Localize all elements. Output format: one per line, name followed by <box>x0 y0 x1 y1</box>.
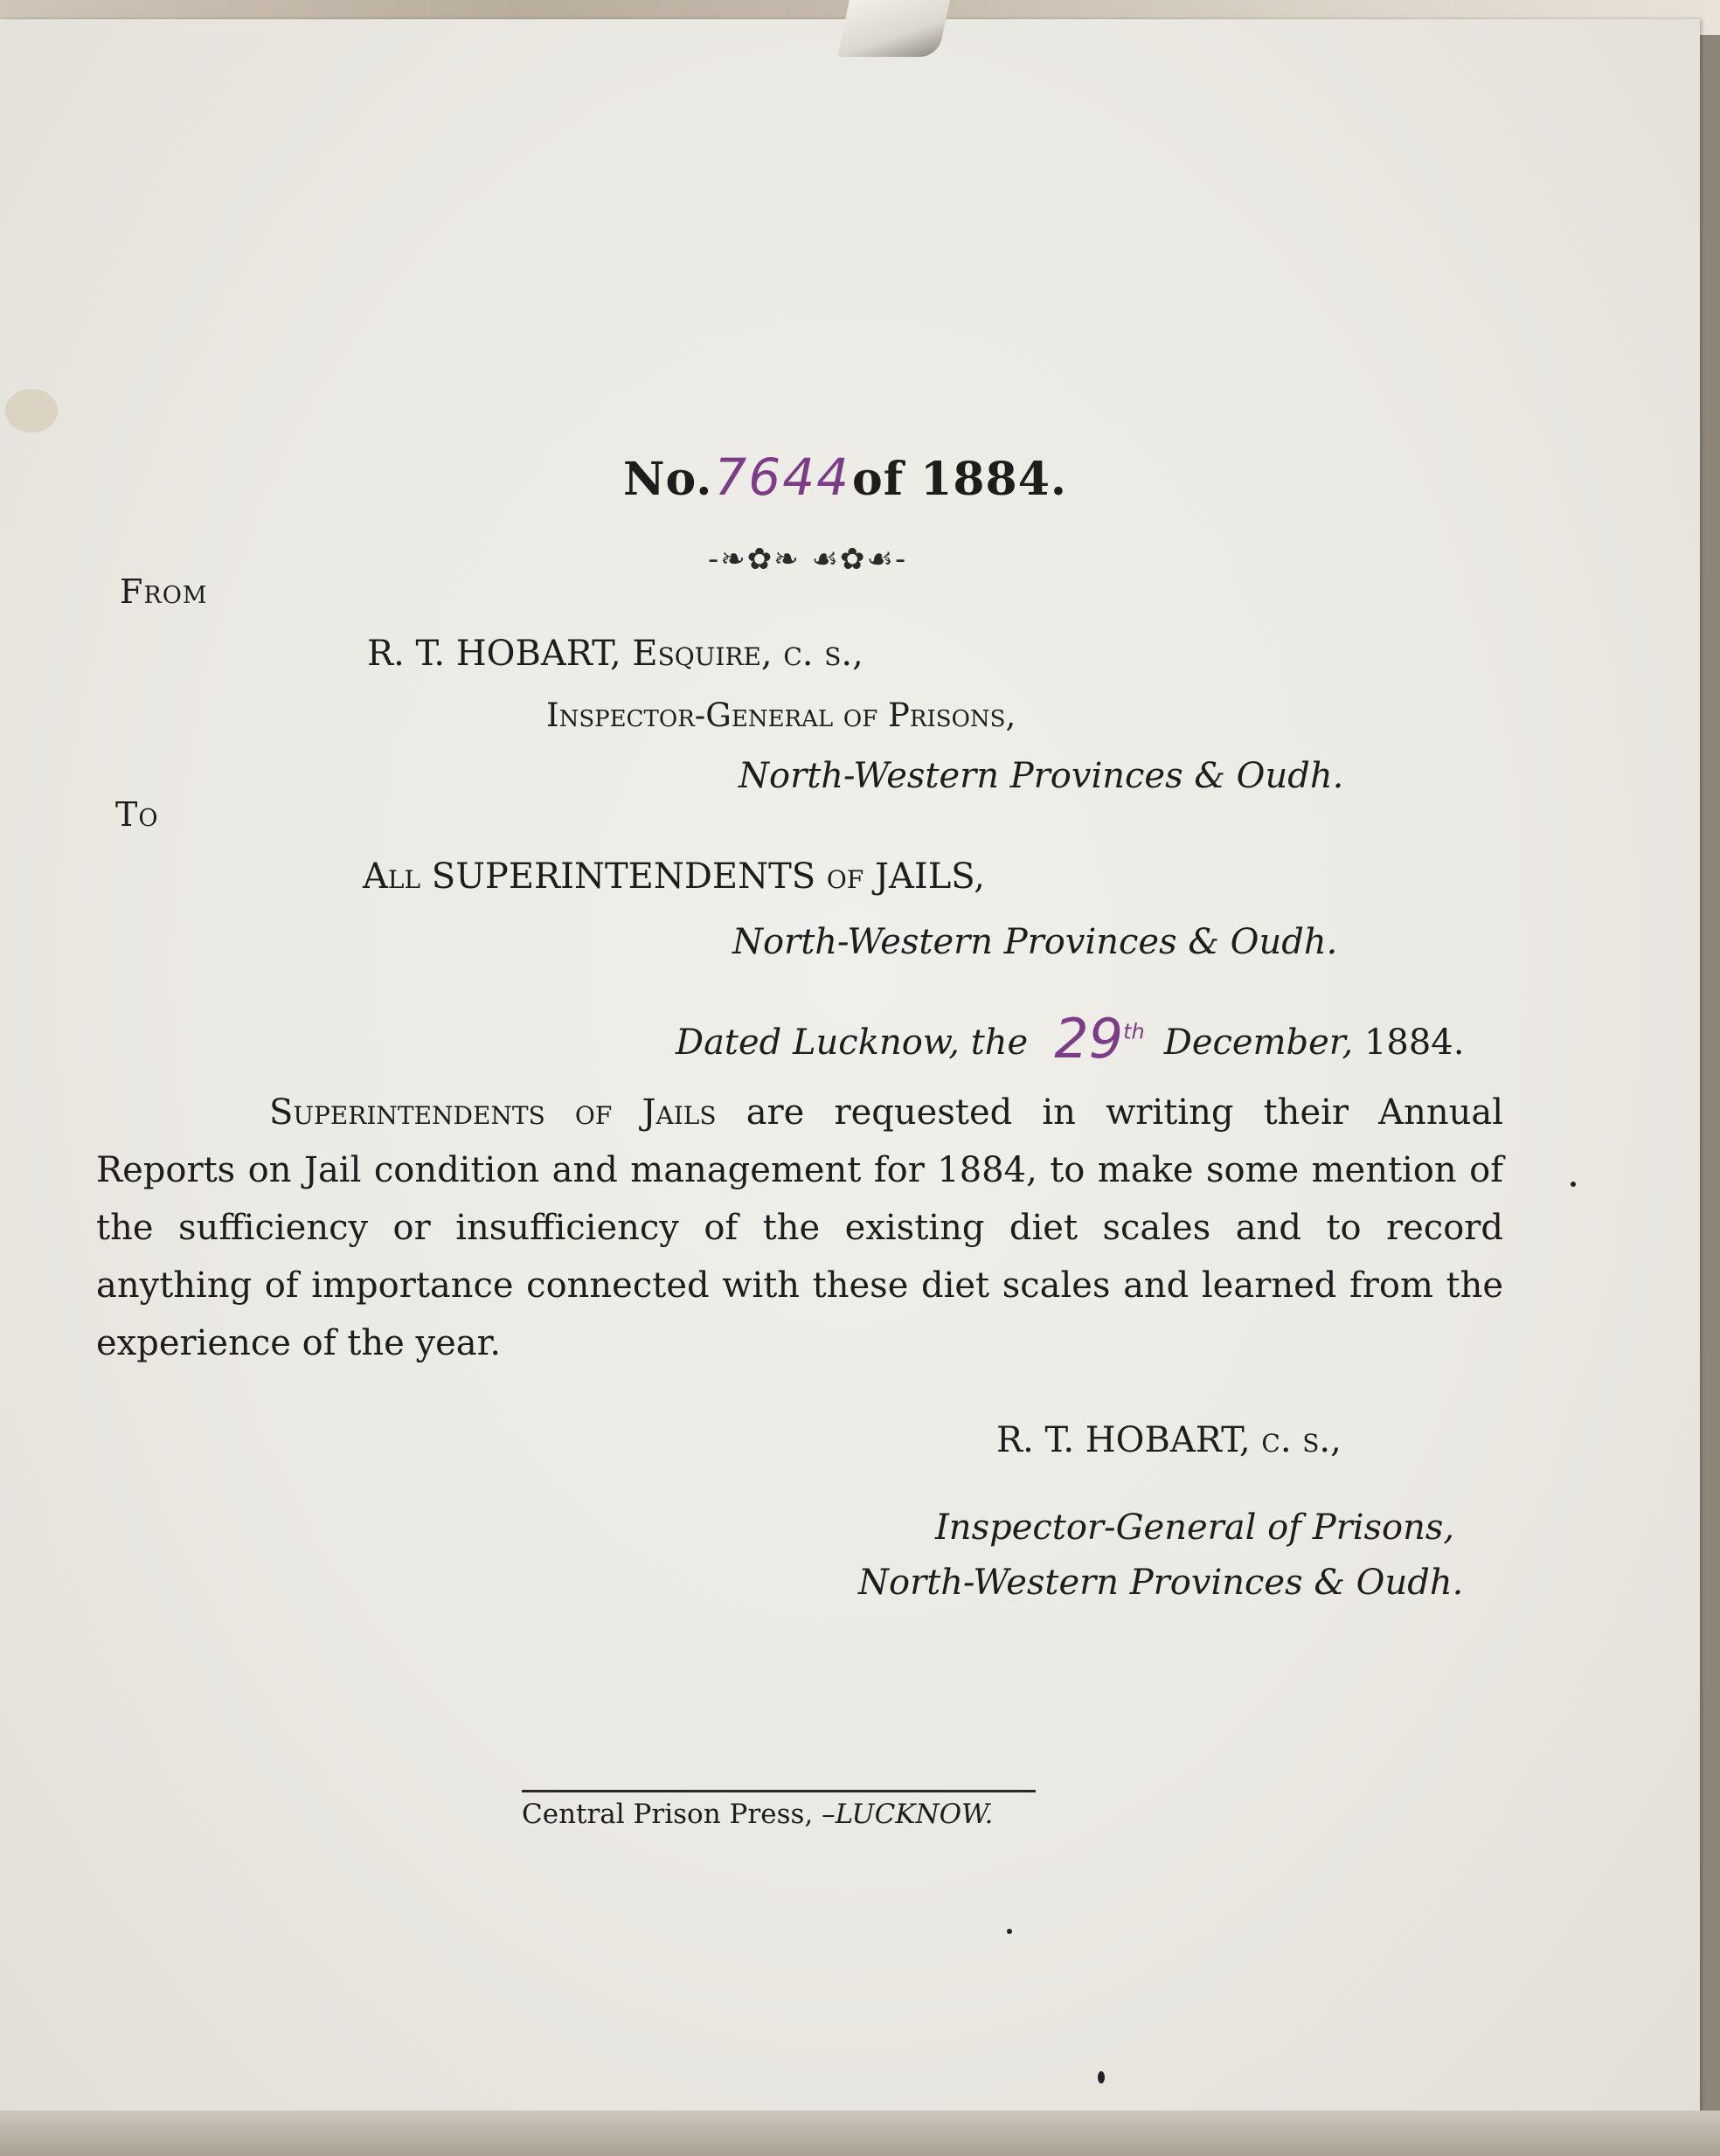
number-suffix: of 1884. <box>852 453 1067 506</box>
imprint-rule <box>522 1790 1036 1792</box>
to-label: To <box>115 795 158 834</box>
printer-imprint: Central Prison Press, –LUCKNOW. <box>522 1799 993 1830</box>
number-prefix: No. <box>623 453 712 506</box>
from-title: Inspector-General of Prisons, <box>546 697 1016 734</box>
day-value: 29 <box>1054 1007 1123 1071</box>
day-mark: th <box>1123 1019 1145 1043</box>
signature-title: Inspector-General of Prisons, <box>935 1508 1454 1548</box>
folded-paper-tab <box>837 0 950 57</box>
signature-name: R. T. HOBART, c. s., <box>996 1420 1342 1460</box>
to-region: North-Western Provinces & Oudh. <box>732 922 1337 962</box>
body-lead: Superintendents of Jails <box>269 1092 717 1133</box>
imprint-press: Central Prison Press, – <box>522 1799 836 1830</box>
body-paragraph: Superintendents of Jails are requested i… <box>96 1084 1503 1372</box>
signature-name-suffix: c. s., <box>1261 1420 1341 1460</box>
ornament-divider-icon: -❧✿❧ ☙✿☙- <box>708 542 907 577</box>
paper-speck <box>1098 2071 1105 2083</box>
to-recipient: All SUPERINTENDENTS of JAILS, <box>363 856 985 897</box>
body-text: are requested in writing their Annual Re… <box>96 1092 1503 1363</box>
from-label: From <box>120 572 207 611</box>
signature-region: North-Western Provinces & Oudh. <box>858 1563 1463 1603</box>
handwritten-number: 7644 <box>714 447 850 507</box>
document-number: No.7644of 1884. <box>623 447 1067 507</box>
dated-month: December, <box>1164 1023 1353 1063</box>
from-name-suffix: Esquire, c. s., <box>632 634 863 674</box>
paper-speck <box>1007 1929 1012 1934</box>
from-region: North-Western Provinces & Oudh. <box>739 756 1343 796</box>
to-of: of <box>827 856 863 897</box>
paper-stain <box>5 389 58 433</box>
to-prefix: All <box>363 856 420 897</box>
dated-prefix: Dated Lucknow, the <box>676 1023 1028 1063</box>
dated-line: Dated Lucknow, the29thDecember, 1884. <box>676 1003 1464 1067</box>
to-name2: JAILS, <box>875 856 985 897</box>
dated-suffix: December, 1884. <box>1164 1023 1465 1063</box>
to-name: SUPERINTENDENTS <box>432 856 815 897</box>
background-bottom-shadow <box>0 2111 1720 2156</box>
from-name: R. T. HOBART, Esquire, c. s., <box>367 634 863 674</box>
imprint-city: LUCKNOW. <box>836 1799 994 1830</box>
paper-speck <box>1571 1182 1576 1187</box>
from-name-text: R. T. HOBART, <box>367 634 621 674</box>
signature-name-text: R. T. HOBART, <box>996 1420 1251 1460</box>
handwritten-day: 29th <box>1054 1007 1145 1071</box>
